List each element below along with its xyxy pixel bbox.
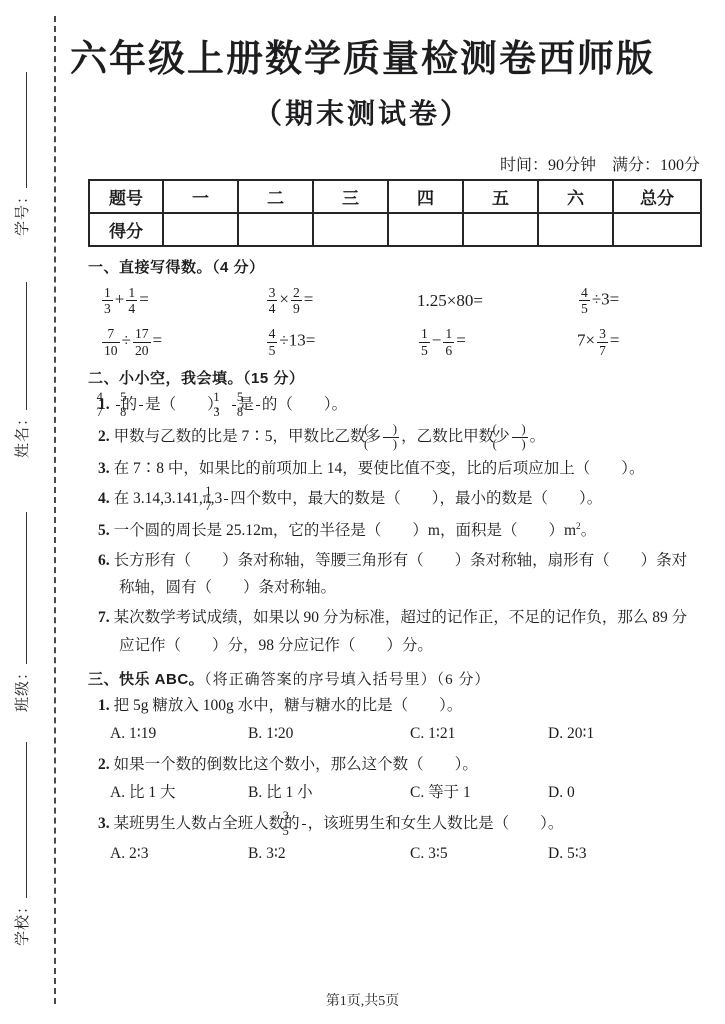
section3-heading: 三、快乐 ABC。（将正确答案的序号填入括号里）（6 分） (88, 668, 702, 689)
fold-dashed-line (54, 16, 56, 1004)
page-footer: 第1页,共5页 (0, 990, 725, 1010)
score-cell (538, 213, 613, 246)
score-row-label: 得分 (89, 213, 163, 246)
student-id-field: 学号： (11, 72, 32, 236)
choice-option: B. 3∶2 (248, 840, 410, 868)
section2-heading: 二、小小空，我会填。（15 分） (88, 367, 702, 388)
score-table-corner: 题号 (89, 180, 163, 213)
class-field: 班级： (11, 512, 32, 712)
student-id-label: 学号： (15, 188, 31, 236)
choice-option: C. 3∶5 (410, 840, 548, 868)
exam-title: 六年级上册数学质量检测卷西师版 (0, 0, 725, 82)
calc-problem: 7×37= (577, 326, 702, 357)
choice-question-2: 2.如果一个数的倒数比这个数小，那么这个数（ ）。 (98, 751, 702, 778)
section1-heading: 一、直接写得数。（4 分） (88, 256, 702, 277)
write-line (24, 72, 27, 188)
calc-problem: 45÷13= (265, 326, 417, 357)
score-cell (313, 213, 388, 246)
choice-option: C. 1∶21 (410, 720, 548, 748)
school-field: 学校： (11, 742, 32, 946)
score-cell (388, 213, 463, 246)
choice-option: D. 0 (548, 779, 702, 807)
calc-problem: 1.25×80= (417, 291, 577, 311)
section3-heading-note: （将正确答案的序号填入括号里）（6 分） (204, 672, 490, 688)
choice-option: D. 5∶3 (548, 840, 702, 868)
calc-problem: 15−16= (417, 326, 577, 357)
section3-heading-main: 三、快乐 ABC。 (88, 671, 204, 688)
choice-option: A. 2∶3 (110, 840, 248, 868)
choice-option: B. 比 1 小 (248, 779, 410, 807)
calc-problems-grid: 13+14= 34×29= 1.25×80= 45÷3= 710÷1720= 4… (100, 285, 702, 358)
score-table-col-5: 五 (463, 180, 538, 213)
choice-options-3: A. 2∶3 B. 3∶2 C. 3∶5 D. 5∶3 (110, 840, 702, 868)
score-table: 题号 一 二 三 四 五 六 总分 得分 (88, 179, 702, 247)
choice-options-1: A. 1∶19 B. 1∶20 C. 1∶21 D. 20∶1 (110, 720, 702, 748)
score-table-col-1: 一 (163, 180, 238, 213)
choice-options-2: A. 比 1 大 B. 比 1 小 C. 等于 1 D. 0 (110, 779, 702, 807)
score-table-col-2: 二 (238, 180, 313, 213)
fill-question-3: 3.在 7∶8 中，如果比的前项加上 14，要使比值不变，比的后项应加上（ ）。 (98, 455, 702, 482)
name-field: 姓名： (11, 282, 32, 458)
score-table-col-4: 四 (388, 180, 463, 213)
choice-option: A. 1∶19 (110, 720, 248, 748)
score-table-header-row: 题号 一 二 三 四 五 六 总分 (89, 180, 701, 213)
calc-problem: 710÷1720= (100, 326, 265, 357)
write-line (24, 742, 27, 898)
calc-problem: 45÷3= (577, 285, 702, 316)
fill-question-5: 5.一个圆的周长是 25.12m，它的半径是（ ）m，面积是（ ）m2。 (98, 517, 702, 544)
write-line (24, 512, 27, 664)
score-table-col-3: 三 (313, 180, 388, 213)
exam-subtitle: （期末测试卷） (0, 92, 725, 132)
class-label: 班级： (15, 664, 31, 712)
score-cell (463, 213, 538, 246)
name-label: 姓名： (15, 410, 31, 458)
score-table-col-6: 六 (538, 180, 613, 213)
fill-question-6: 6.长方形有（ ）条对称轴，等腰三角形有（ ）条对称轴，扇形有（ ）条对称轴，圆… (98, 547, 702, 602)
exam-body: 时间：90分钟 满分：100分 题号 一 二 三 四 五 六 总分 得分 一、直… (88, 130, 702, 868)
score-cell (613, 213, 701, 246)
calc-problem: 34×29= (265, 285, 417, 316)
choice-option: A. 比 1 大 (110, 779, 248, 807)
fill-question-1: 1.47的58是（ ），13是58的（ ）。 (98, 391, 702, 420)
choice-question-3: 3.某班男生人数占全班人数的35，该班男生和女生人数比是（ ）。 (98, 810, 702, 839)
choice-question-1: 1.把 5g 糖放入 100g 水中，糖与糖水的比是（ ）。 (98, 692, 702, 719)
score-table-col-total: 总分 (613, 180, 701, 213)
choice-option: D. 20∶1 (548, 720, 702, 748)
score-cell (238, 213, 313, 246)
choice-option: C. 等于 1 (410, 779, 548, 807)
write-line (24, 282, 27, 410)
school-label: 学校： (15, 898, 31, 946)
score-table-score-row: 得分 (89, 213, 701, 246)
fill-question-4: 4.在 3.14,3.141,π,317四个数中，最大的数是（ ），最小的数是（… (98, 485, 702, 514)
fill-question-2: 2.甲数与乙数的比是 7∶5，甲数比乙数多( )( )，乙数比甲数少( )( )… (98, 423, 702, 452)
choice-option: B. 1∶20 (248, 720, 410, 748)
fill-question-7: 7.某次数学考试成绩，如果以 90 分为标准，超过的记作正，不足的记作负，那么 … (98, 604, 702, 659)
time-score-info: 时间：90分钟 满分：100分 (88, 152, 700, 175)
calc-problem: 13+14= (100, 285, 265, 316)
score-cell (163, 213, 238, 246)
